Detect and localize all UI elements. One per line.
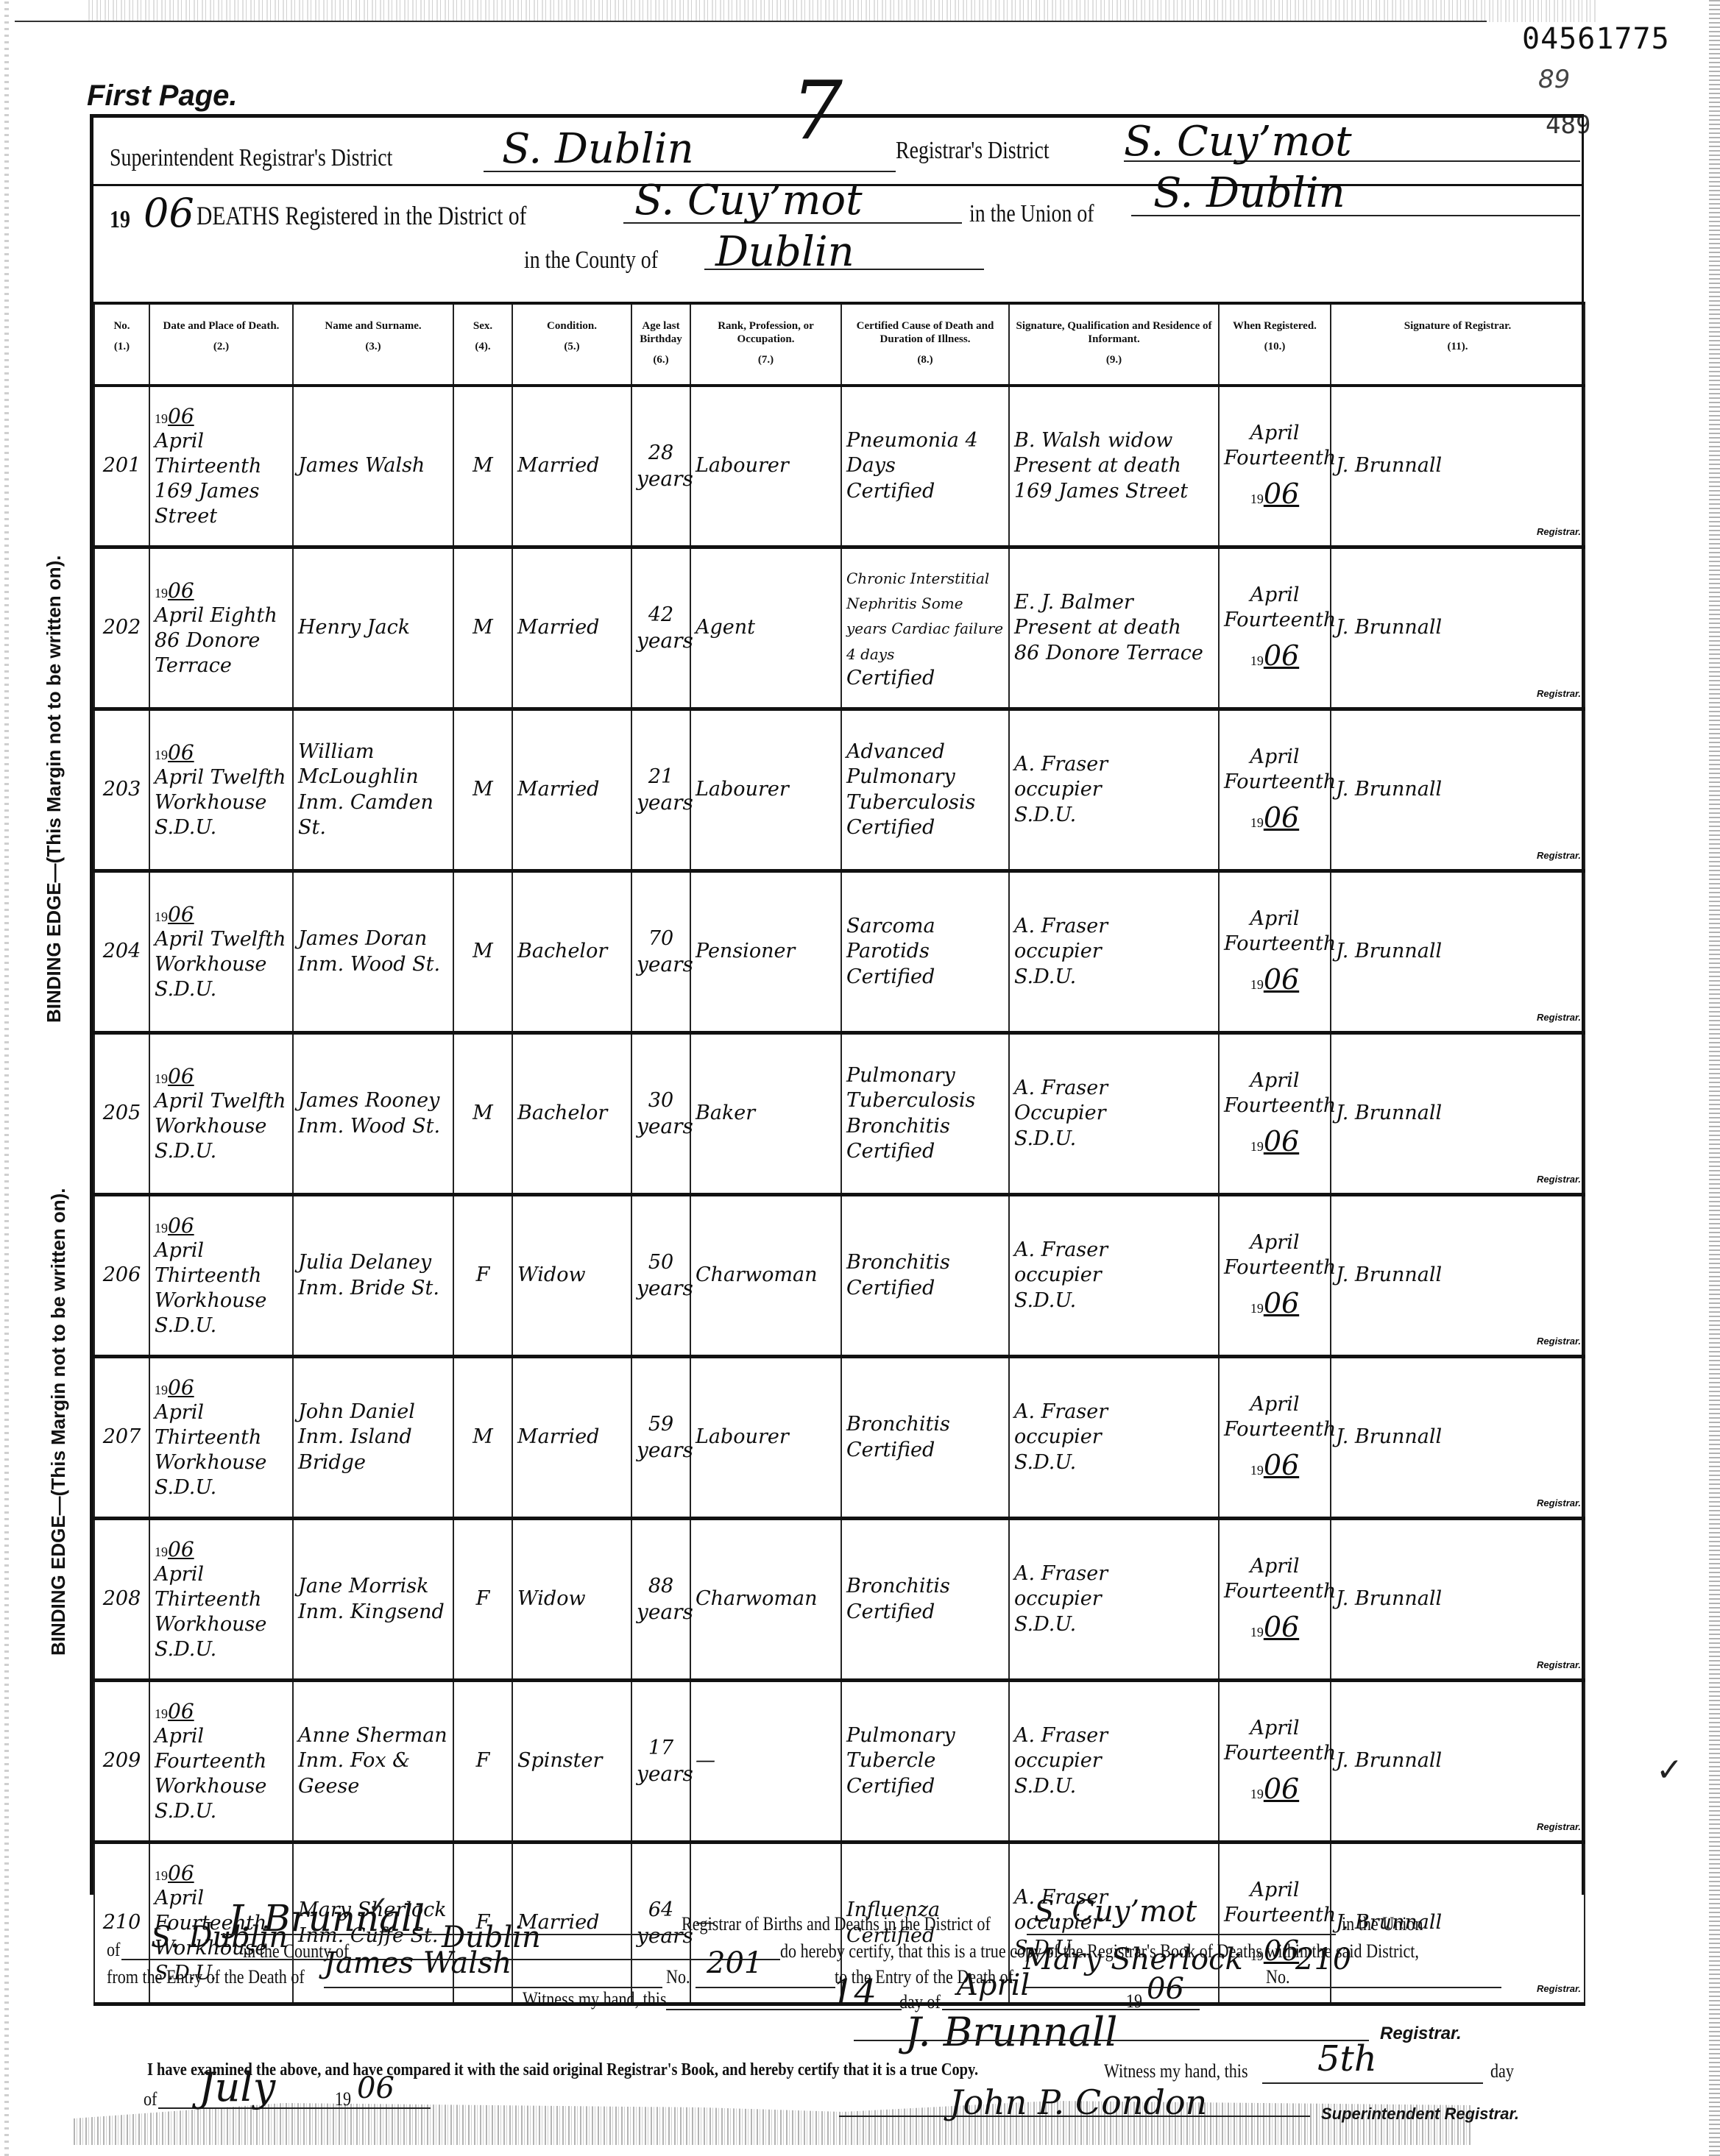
informant-name: A. Fraser	[1014, 1400, 1108, 1423]
registration-year: 1906	[1224, 1124, 1326, 1160]
fill-line	[854, 2040, 1369, 2041]
cert-witness2-label: Witness my hand, this	[1104, 2060, 1248, 2082]
entry-number: 202	[94, 547, 149, 709]
registrar-name: J. Brunnall	[1336, 454, 1442, 477]
sex: M	[453, 547, 512, 709]
cert-in-union-label: in the Union	[1342, 1913, 1423, 1935]
condition: Bachelor	[512, 1033, 631, 1195]
registration-date: April Fourteenth	[1224, 1879, 1336, 1926]
cause-of-death: Bronchitis Certified	[841, 1195, 1009, 1357]
entry-number: 207	[94, 1357, 149, 1519]
certified-label: Certified	[846, 965, 935, 988]
occupation: Labourer	[690, 1357, 841, 1519]
registrar-signature: J. Brunnall Registrar.	[1331, 1357, 1585, 1519]
cert-witness2-year-prefix: 19	[335, 2088, 351, 2110]
entry-number: 203	[94, 709, 149, 871]
sex: F	[453, 1195, 512, 1357]
death-date: April Thirteenth	[155, 430, 261, 478]
entry-number: 201	[94, 386, 149, 547]
informant-residence: S.D.U.	[1014, 1127, 1076, 1150]
union-label: in the Union of	[969, 200, 1094, 228]
death-date: April Thirteenth	[155, 1239, 261, 1287]
cause-text: Pulmonary Tuberculosis Bronchitis	[846, 1064, 975, 1137]
informant: A. Fraser Occupier S.D.U.	[1009, 1033, 1219, 1195]
table-row: 206 1906 April Thirteenth Workhouse S.D.…	[94, 1195, 1585, 1357]
death-year: 1906	[155, 1375, 288, 1400]
certified-label: Certified	[846, 1775, 935, 1798]
informant-qualification: occupier	[1014, 778, 1102, 801]
cert-witness-day: 14	[832, 1972, 877, 2013]
fill-line	[1262, 2082, 1483, 2084]
binding-margin-text-upper: BINDING EDGE—(This Margin not to be writ…	[43, 555, 66, 1023]
cause-text: Bronchitis	[846, 1413, 950, 1436]
registration-year: 1906	[1224, 1772, 1326, 1807]
cause-text: Pneumonia 4 Days	[846, 429, 978, 477]
entry-number: 209	[94, 1681, 149, 1843]
registration-date: April Fourteenth	[1224, 1231, 1336, 1279]
occupation: Charwoman	[690, 1195, 841, 1357]
informant: A. Fraser occupier S.D.U.	[1009, 1357, 1219, 1519]
registrar-signature: J. Brunnall Registrar.	[1331, 1033, 1585, 1195]
cert-witness-label: Witness my hand, this	[523, 1988, 667, 2010]
deceased-name: James Doran	[298, 927, 427, 950]
death-year: 1906	[155, 740, 288, 765]
scan-edge-top	[88, 0, 1597, 22]
scan-edge-line	[15, 21, 1487, 22]
date-place-of-death: 1906 April Thirteenth Workhouse S.D.U.	[149, 1519, 293, 1681]
death-date: April Thirteenth	[155, 1563, 261, 1611]
fill-line	[1023, 1987, 1501, 1988]
when-registered: April Fourteenth 1906	[1219, 547, 1331, 709]
registration-year: 1906	[1224, 1286, 1326, 1322]
when-registered: April Fourteenth 1906	[1219, 871, 1331, 1033]
registrar-name: J. Brunnall	[1336, 1587, 1442, 1610]
deceased-residence: Inm. Wood St.	[298, 1115, 440, 1138]
death-year: 1906	[155, 403, 288, 429]
cause-of-death: Advanced Pulmonary Tuberculosis Certifie…	[841, 709, 1009, 871]
registration-date: April Fourteenth	[1224, 1069, 1336, 1117]
registrar-signature: J. Brunnall Registrar.	[1331, 386, 1585, 547]
informant: A. Fraser occupier S.D.U.	[1009, 1195, 1219, 1357]
death-register-table: No.(1.) Date and Place of Death.(2.) Nam…	[93, 302, 1585, 2006]
death-date: April Twelfth	[155, 1090, 286, 1113]
informant-qualification: Occupier	[1014, 1102, 1106, 1124]
informant-qualification: Present at death	[1014, 454, 1181, 477]
registration-date: April Fourteenth	[1224, 745, 1336, 793]
deaths-registered-label: DEATHS Registered in the District of	[197, 200, 526, 231]
death-year: 1906	[155, 1536, 288, 1562]
informant-residence: S.D.U.	[1014, 1613, 1076, 1636]
informant-residence: S.D.U.	[1014, 1775, 1076, 1798]
registrar-signature: J. Brunnall Registrar.	[1331, 709, 1585, 871]
condition: Spinster	[512, 1681, 631, 1843]
cert-witness2-year: 06	[357, 2071, 394, 2105]
table-row: 203 1906 April Twelfth Workhouse S.D.U. …	[94, 709, 1585, 871]
cert-from-name: James Walsh	[324, 1946, 512, 1980]
binding-margin-text-lower: BINDING EDGE—(This Margin not to be writ…	[47, 1188, 70, 1656]
when-registered: April Fourteenth 1906	[1219, 1357, 1331, 1519]
cert-no-label: No.	[666, 1966, 690, 1988]
deceased-name: John Daniel	[298, 1400, 415, 1423]
column-header-informant: Signature, Qualification and Residence o…	[1009, 303, 1219, 386]
check-mark-icon: ✓	[1656, 1751, 1683, 1789]
registrar-label: Registrar.	[1537, 1336, 1581, 1347]
cause-text: Sarcoma Parotids	[846, 915, 935, 962]
informant-qualification: occupier	[1014, 1425, 1102, 1448]
occupation: Labourer	[690, 386, 841, 547]
death-place: Workhouse S.D.U.	[155, 1451, 266, 1499]
registration-date: April Fourteenth	[1224, 584, 1336, 631]
column-header-when-registered: When Registered.(10.)	[1219, 303, 1331, 386]
deceased-residence: Inm. Bride St.	[298, 1277, 439, 1299]
deceased-residence: Inm. Fox & Geese	[298, 1749, 410, 1797]
informant-name: A. Fraser	[1014, 915, 1108, 937]
year-prefix: 19	[110, 206, 130, 234]
name-surname: James Rooney Inm. Wood St.	[293, 1033, 453, 1195]
column-header-occupation: Rank, Profession, or Occupation.(7.)	[690, 303, 841, 386]
informant: A. Fraser occupier S.D.U.	[1009, 709, 1219, 871]
cause-of-death: Sarcoma Parotids Certified	[841, 871, 1009, 1033]
name-surname: John Daniel Inm. Island Bridge	[293, 1357, 453, 1519]
table-row: 207 1906 April Thirteenth Workhouse S.D.…	[94, 1357, 1585, 1519]
table-row: 202 1906 April Eighth 86 Donore Terrace …	[94, 547, 1585, 709]
cert-to-name: Mary Sherlock	[1023, 1943, 1243, 1976]
sex: M	[453, 709, 512, 871]
deceased-name: Anne Sherman	[298, 1724, 447, 1747]
informant-residence: S.D.U.	[1014, 1451, 1076, 1474]
registration-year: 1906	[1224, 801, 1326, 836]
certified-label: Certified	[846, 480, 935, 503]
cause-of-death: Bronchitis Certified	[841, 1519, 1009, 1681]
year-value: 06	[144, 190, 194, 236]
death-place: Workhouse S.D.U.	[155, 1613, 266, 1661]
informant: B. Walsh widow Present at death 169 Jame…	[1009, 386, 1219, 547]
informant-qualification: occupier	[1014, 940, 1102, 962]
registration-year: 1906	[1224, 1448, 1326, 1483]
registrar-name: J. Brunnall	[1336, 616, 1442, 639]
deceased-residence: Inm. Wood St.	[298, 953, 440, 976]
when-registered: April Fourteenth 1906	[1219, 1519, 1331, 1681]
page-label: First Page.	[87, 79, 238, 113]
table-row: 201 1906 April Thirteenth 169 James Stre…	[94, 386, 1585, 547]
registrar-district-value: S. Cuy’mot	[1124, 118, 1352, 166]
cause-of-death: Bronchitis Certified	[841, 1357, 1009, 1519]
fill-line	[1027, 1934, 1336, 1935]
registrar-signature: J. Brunnall Registrar.	[1331, 871, 1585, 1033]
name-surname: Jane Morrisk Inm. Kingsend	[293, 1519, 453, 1681]
informant-name: A. Fraser	[1014, 1238, 1108, 1261]
registrar-label: Registrar.	[1537, 526, 1581, 538]
cert-witness-month: April	[957, 1968, 1030, 2002]
column-header-sex: Sex.(4).	[453, 303, 512, 386]
cert-witness-year: 06	[1147, 1972, 1184, 2006]
registrar-district-label: Registrar's District	[896, 137, 1050, 165]
sex: F	[453, 1681, 512, 1843]
death-date: April Thirteenth	[155, 1401, 261, 1449]
informant: E. J. Balmer Present at death 86 Donore …	[1009, 547, 1219, 709]
age: 30years	[631, 1033, 690, 1195]
registrar-signature: J. Brunnall Registrar.	[1331, 547, 1585, 709]
column-header-no: No.(1.)	[94, 303, 149, 386]
table-row: 204 1906 April Twelfth Workhouse S.D.U. …	[94, 871, 1585, 1033]
name-surname: Henry Jack	[293, 547, 453, 709]
cause-text: Bronchitis	[846, 1251, 950, 1274]
name-surname: Anne Sherman Inm. Fox & Geese	[293, 1681, 453, 1843]
registrar-name: J. Brunnall	[1336, 1749, 1442, 1772]
registrar-label: Registrar.	[1537, 1821, 1581, 1833]
registration-year: 1906	[1224, 1610, 1326, 1645]
cert-of2-label: of	[144, 2088, 157, 2110]
date-place-of-death: 1906 April Thirteenth Workhouse S.D.U.	[149, 1357, 293, 1519]
name-surname: William McLoughlin Inm. Camden St.	[293, 709, 453, 871]
column-header-age: Age last Birthday(6.)	[631, 303, 690, 386]
cause-text: Advanced Pulmonary Tuberculosis	[846, 740, 975, 813]
table-row: 209 1906 April Fourteenth Workhouse S.D.…	[94, 1681, 1585, 1843]
occupation: Charwoman	[690, 1519, 841, 1681]
fill-line	[696, 1987, 835, 1988]
registration-date: April Fourteenth	[1224, 1555, 1336, 1603]
registration-year: 1906	[1224, 962, 1326, 998]
registrar-signature: J. Brunnall Registrar.	[1331, 1681, 1585, 1843]
registrar-signature: J. Brunnall Registrar.	[1331, 1195, 1585, 1357]
county-value: Dublin	[715, 228, 854, 276]
death-year: 1906	[155, 1698, 288, 1724]
date-place-of-death: 1906 April Twelfth Workhouse S.D.U.	[149, 1033, 293, 1195]
cert-from-entry-label: from the Entry of the Death of	[107, 1966, 305, 1988]
entry-number: 205	[94, 1033, 149, 1195]
cert-district: S. Cuy’mot	[1034, 1895, 1197, 1929]
occupation: Labourer	[690, 709, 841, 871]
registrar-label: Registrar.	[1537, 688, 1581, 700]
death-place: Workhouse S.D.U.	[155, 953, 266, 1001]
informant-name: B. Walsh widow	[1014, 429, 1172, 452]
informant-qualification: occupier	[1014, 1587, 1102, 1610]
certified-label: Certified	[846, 816, 935, 839]
deceased-name: Henry Jack	[298, 616, 410, 639]
informant-qualification: Present at death	[1014, 616, 1181, 639]
age: 17years	[631, 1681, 690, 1843]
sex: M	[453, 386, 512, 547]
name-surname: Julia Delaney Inm. Bride St.	[293, 1195, 453, 1357]
deceased-name: William McLoughlin	[298, 740, 419, 788]
age: 42years	[631, 547, 690, 709]
deceased-name: James Rooney	[298, 1089, 439, 1112]
registration-year: 1906	[1224, 477, 1326, 512]
cert-registrar-word: Registrar.	[1380, 2024, 1462, 2044]
deceased-name: Julia Delaney	[298, 1251, 431, 1274]
condition: Married	[512, 709, 631, 871]
registrar-label: Registrar.	[1537, 1497, 1581, 1509]
registrar-name: J. Brunnall	[1336, 1102, 1442, 1124]
column-header-registrar-signature: Signature of Registrar.(11).	[1331, 303, 1585, 386]
date-place-of-death: 1906 April Twelfth Workhouse S.D.U.	[149, 871, 293, 1033]
death-date: April Twelfth	[155, 928, 286, 951]
cause-text: Chronic Interstitial Nephritis Some year…	[846, 570, 1003, 662]
informant-name: A. Fraser	[1014, 1724, 1108, 1747]
superintendent-district-label: Superintendent Registrar's District	[110, 144, 392, 172]
death-place: Workhouse S.D.U.	[155, 1115, 266, 1163]
age: 28years	[631, 386, 690, 547]
union-value: S. Dublin	[1153, 169, 1345, 217]
age: 88years	[631, 1519, 690, 1681]
informant-residence: 86 Donore Terrace	[1014, 642, 1203, 664]
certified-label: Certified	[846, 1140, 935, 1163]
condition: Bachelor	[512, 871, 631, 1033]
cert-witness-year-prefix: 19	[1126, 1990, 1142, 2013]
age: 70years	[631, 871, 690, 1033]
certified-label: Certified	[846, 667, 935, 689]
death-year: 1906	[155, 578, 288, 603]
death-place: 169 James Street	[155, 480, 259, 528]
death-year: 1906	[155, 1063, 288, 1089]
informant-residence: S.D.U.	[1014, 965, 1076, 988]
column-header-name: Name and Surname.(3.)	[293, 303, 453, 386]
condition: Widow	[512, 1519, 631, 1681]
cause-text: Pulmonary Tubercle	[846, 1724, 955, 1772]
date-place-of-death: 1906 April Eighth 86 Donore Terrace	[149, 547, 293, 709]
table-row: 205 1906 April Twelfth Workhouse S.D.U. …	[94, 1033, 1585, 1195]
age: 59years	[631, 1357, 690, 1519]
informant-name: E. J. Balmer	[1014, 591, 1133, 614]
sex: M	[453, 871, 512, 1033]
informant-name: A. Fraser	[1014, 1077, 1108, 1099]
cert-witness2-day: 5th	[1317, 2038, 1377, 2079]
reference-number: 04561775	[1522, 22, 1670, 56]
superintendent-district-value: S. Dublin	[502, 125, 694, 173]
cert-day-label: day	[1490, 2060, 1514, 2082]
registrar-label: Registrar.	[1537, 1012, 1581, 1024]
death-date: April Fourteenth	[155, 1725, 266, 1773]
cert-from-no: 201	[707, 1946, 762, 1980]
cert-registrar-of-label: Registrar of Births and Deaths in the Di…	[682, 1913, 991, 1935]
table-header-row: No.(1.) Date and Place of Death.(2.) Nam…	[94, 303, 1585, 386]
deceased-name: Jane Morrisk	[298, 1575, 428, 1598]
informant-residence: 169 James Street	[1014, 480, 1188, 503]
informant: A. Fraser occupier S.D.U.	[1009, 1681, 1219, 1843]
occupation: —	[690, 1681, 841, 1843]
name-surname: James Walsh	[293, 386, 453, 547]
informant-qualification: occupier	[1014, 1263, 1102, 1286]
registration-year: 1906	[1224, 639, 1326, 674]
deceased-residence: Inm. Kingsend	[298, 1600, 445, 1623]
entry-number: 206	[94, 1195, 149, 1357]
registrar-name: J. Brunnall	[1336, 1263, 1442, 1286]
death-year: 1906	[155, 1860, 288, 1886]
informant-residence: S.D.U.	[1014, 1289, 1076, 1312]
informant: A. Fraser occupier S.D.U.	[1009, 1519, 1219, 1681]
registration-date: April Fourteenth	[1224, 422, 1336, 469]
occupation: Pensioner	[690, 871, 841, 1033]
cause-text: Bronchitis	[846, 1575, 950, 1598]
death-date: April Eighth	[155, 604, 277, 627]
cause-of-death: Pulmonary Tuberculosis Bronchitis Certif…	[841, 1033, 1009, 1195]
registrar-label: Registrar.	[1537, 1983, 1581, 1995]
informant-name: A. Fraser	[1014, 1562, 1108, 1585]
registrar-name: J. Brunnall	[1336, 1425, 1442, 1448]
certified-label: Certified	[846, 1277, 935, 1299]
sex: M	[453, 1357, 512, 1519]
informant-residence: S.D.U.	[1014, 804, 1076, 826]
entry-number: 204	[94, 871, 149, 1033]
sex: F	[453, 1519, 512, 1681]
deceased-residence: Inm. Island Bridge	[298, 1425, 412, 1473]
death-register-form: Superintendent Registrar's District S. D…	[90, 114, 1584, 1895]
occupation: Agent	[690, 547, 841, 709]
when-registered: April Fourteenth 1906	[1219, 1033, 1331, 1195]
cert-witness2-month: July	[199, 2064, 275, 2110]
when-registered: April Fourteenth 1906	[1219, 709, 1331, 871]
certified-label: Certified	[846, 1600, 935, 1623]
cause-of-death: Pulmonary Tubercle Certified	[841, 1681, 1009, 1843]
cert-superintendent-word: Superintendent Registrar.	[1321, 2104, 1519, 2124]
informant: A. Fraser occupier S.D.U.	[1009, 871, 1219, 1033]
when-registered: April Fourteenth 1906	[1219, 1681, 1331, 1843]
cert-to-no-label: No.	[1266, 1966, 1290, 1988]
date-place-of-death: 1906 April Twelfth Workhouse S.D.U.	[149, 709, 293, 871]
occupation: Baker	[690, 1033, 841, 1195]
date-place-of-death: 1906 April Thirteenth 169 James Street	[149, 386, 293, 547]
sex: M	[453, 1033, 512, 1195]
condition: Married	[512, 1357, 631, 1519]
registrar-label: Registrar.	[1537, 1659, 1581, 1671]
name-surname: James Doran Inm. Wood St.	[293, 871, 453, 1033]
entry-number: 208	[94, 1519, 149, 1681]
registrar-signature: J. Brunnall Registrar.	[1331, 1519, 1585, 1681]
registration-date: April Fourteenth	[1224, 907, 1336, 955]
registration-date: April Fourteenth	[1224, 1717, 1336, 1765]
registrar-label: Registrar.	[1537, 1174, 1581, 1185]
margin-note-89: 89	[1538, 65, 1570, 94]
age: 50years	[631, 1195, 690, 1357]
scan-edge-right	[1709, 0, 1720, 2156]
age: 21years	[631, 709, 690, 871]
death-year: 1906	[155, 901, 288, 927]
death-year: 1906	[155, 1213, 288, 1238]
registrar-name: J. Brunnall	[1336, 940, 1442, 962]
district-value: S. Cuy’mot	[634, 177, 863, 224]
date-place-of-death: 1906 April Fourteenth Workhouse S.D.U.	[149, 1681, 293, 1843]
cert-to-no: 210	[1295, 1943, 1351, 1976]
fill-line	[839, 2116, 1310, 2117]
condition: Married	[512, 547, 631, 709]
column-header-cause: Certified Cause of Death and Duration of…	[841, 303, 1009, 386]
death-place: 86 Donore Terrace	[155, 629, 260, 677]
check-mark-icon: ✓	[368, 1891, 389, 1921]
scan-edge-left	[4, 0, 9, 2156]
certified-label: Certified	[846, 1439, 935, 1461]
when-registered: April Fourteenth 1906	[1219, 1195, 1331, 1357]
registrar-label: Registrar.	[1537, 850, 1581, 862]
death-place: Workhouse S.D.U.	[155, 791, 266, 839]
death-place: Workhouse S.D.U.	[155, 1289, 266, 1337]
column-header-date-place: Date and Place of Death.(2.)	[149, 303, 293, 386]
registration-date: April Fourteenth	[1224, 1393, 1336, 1441]
deceased-name: James Walsh	[298, 454, 425, 477]
column-header-condition: Condition.(5.)	[512, 303, 631, 386]
county-label: in the County of	[524, 247, 658, 274]
condition: Married	[512, 386, 631, 547]
informant-name: A. Fraser	[1014, 753, 1108, 776]
cause-of-death: Pneumonia 4 Days Certified	[841, 386, 1009, 547]
cert-registrar-signature: J. Brunnall	[905, 2009, 1117, 2055]
when-registered: April Fourteenth 1906	[1219, 386, 1331, 547]
condition: Widow	[512, 1195, 631, 1357]
cause-of-death: Chronic Interstitial Nephritis Some year…	[841, 547, 1009, 709]
death-date: April Twelfth	[155, 766, 286, 789]
table-row: 208 1906 April Thirteenth Workhouse S.D.…	[94, 1519, 1585, 1681]
deceased-residence: Inm. Camden St.	[298, 791, 433, 839]
death-place: Workhouse S.D.U.	[155, 1775, 266, 1823]
